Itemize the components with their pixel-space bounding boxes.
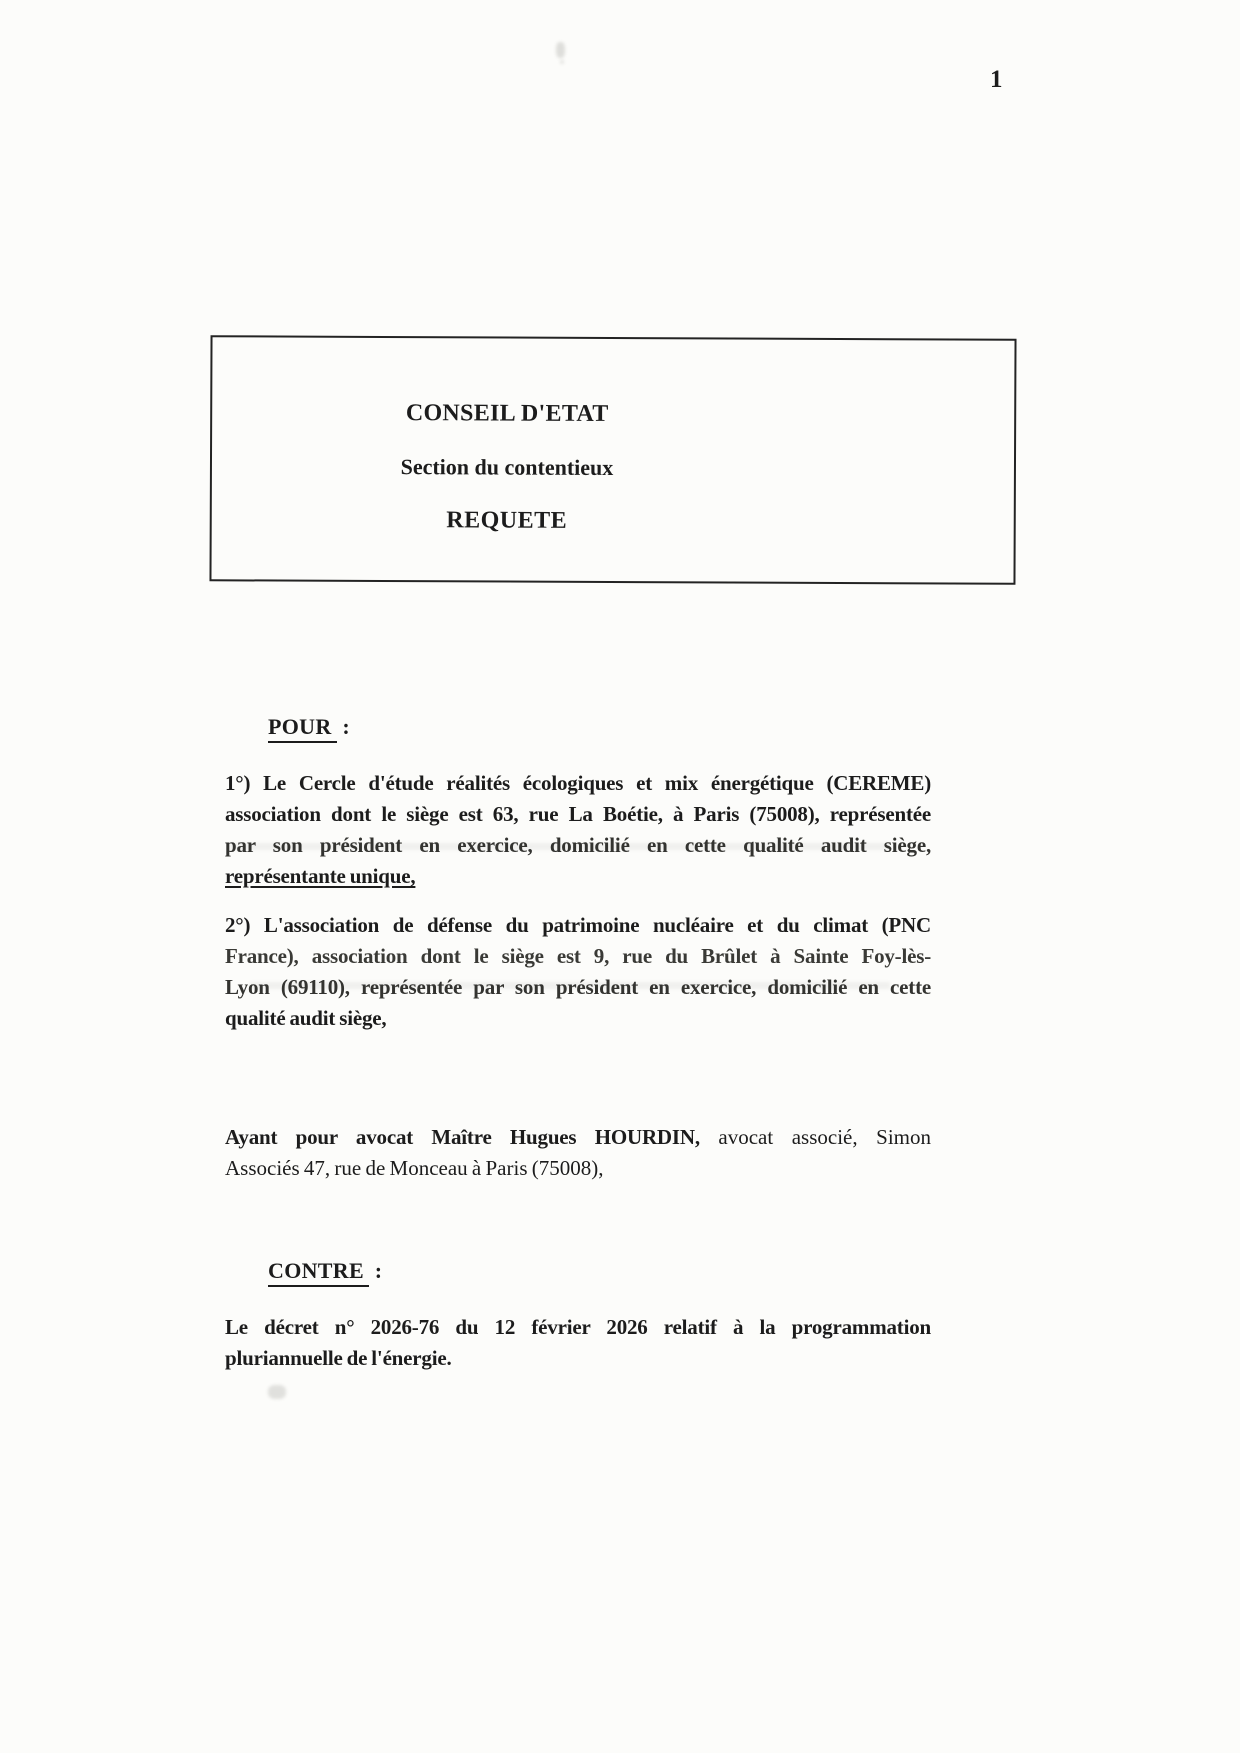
contre-heading: CONTRE : <box>225 1258 974 1284</box>
pour-heading-colon: : <box>337 714 350 739</box>
avocat-paragraph: Ayant pour avocat Maître Hugues HOURDIN,… <box>225 1122 931 1184</box>
scan-smudge <box>268 1385 286 1399</box>
pour-heading: POUR : <box>225 714 974 740</box>
party-1-paragraph: 1°) Le Cercle d'étude réalités écologiqu… <box>225 768 931 892</box>
avocat-name-bold: Ayant pour avocat Maître Hugues HOURDIN, <box>225 1125 700 1149</box>
party-2-line: qualité audit siège, <box>225 1003 931 1034</box>
document-type: REQUETE <box>212 506 802 536</box>
party-1-line: 1°) Le Cercle d'étude réalités écologiqu… <box>225 768 931 799</box>
pour-heading-label: POUR <box>268 714 337 743</box>
decret-line: Le décret n° 2026-76 du 12 février 2026 … <box>225 1312 931 1343</box>
party-1-line: association dont le siège est 63, rue La… <box>225 799 931 830</box>
scan-smudge <box>556 42 565 58</box>
party-1-line: représentante unique, <box>225 861 931 892</box>
court-section: Section du contentieux <box>212 453 802 482</box>
contre-heading-label: CONTRE <box>268 1258 369 1287</box>
avocat-line: Associés 47, rue de Monceau à Paris (750… <box>225 1153 931 1184</box>
party-2-line: 2°) L'association de défense du patrimoi… <box>225 910 931 941</box>
court-title: CONSEIL D'ETAT <box>212 399 802 429</box>
scanned-document-page: 1 CONSEIL D'ETAT Section du contentieux … <box>0 0 1240 1753</box>
avocat-line: Ayant pour avocat Maître Hugues HOURDIN,… <box>225 1122 931 1153</box>
header-box: CONSEIL D'ETAT Section du contentieux RE… <box>209 335 1016 585</box>
decret-line: pluriannuelle de l'énergie. <box>225 1343 931 1374</box>
party-1-line: par son président en exercice, domicilié… <box>225 830 931 861</box>
scan-smudge <box>560 60 564 64</box>
party-2-paragraph: 2°) L'association de défense du patrimoi… <box>225 910 931 1034</box>
party-2-line: Lyon (69110), représentée par son présid… <box>225 972 931 1003</box>
header-box-content: CONSEIL D'ETAT Section du contentieux RE… <box>212 337 803 536</box>
decret-paragraph: Le décret n° 2026-76 du 12 février 2026 … <box>225 1312 931 1374</box>
page-number: 1 <box>990 66 1003 94</box>
contre-heading-colon: : <box>369 1258 382 1283</box>
avocat-line-regular: avocat associé, Simon <box>700 1125 931 1149</box>
party-2-line: France), association dont le siège est 9… <box>225 941 931 972</box>
